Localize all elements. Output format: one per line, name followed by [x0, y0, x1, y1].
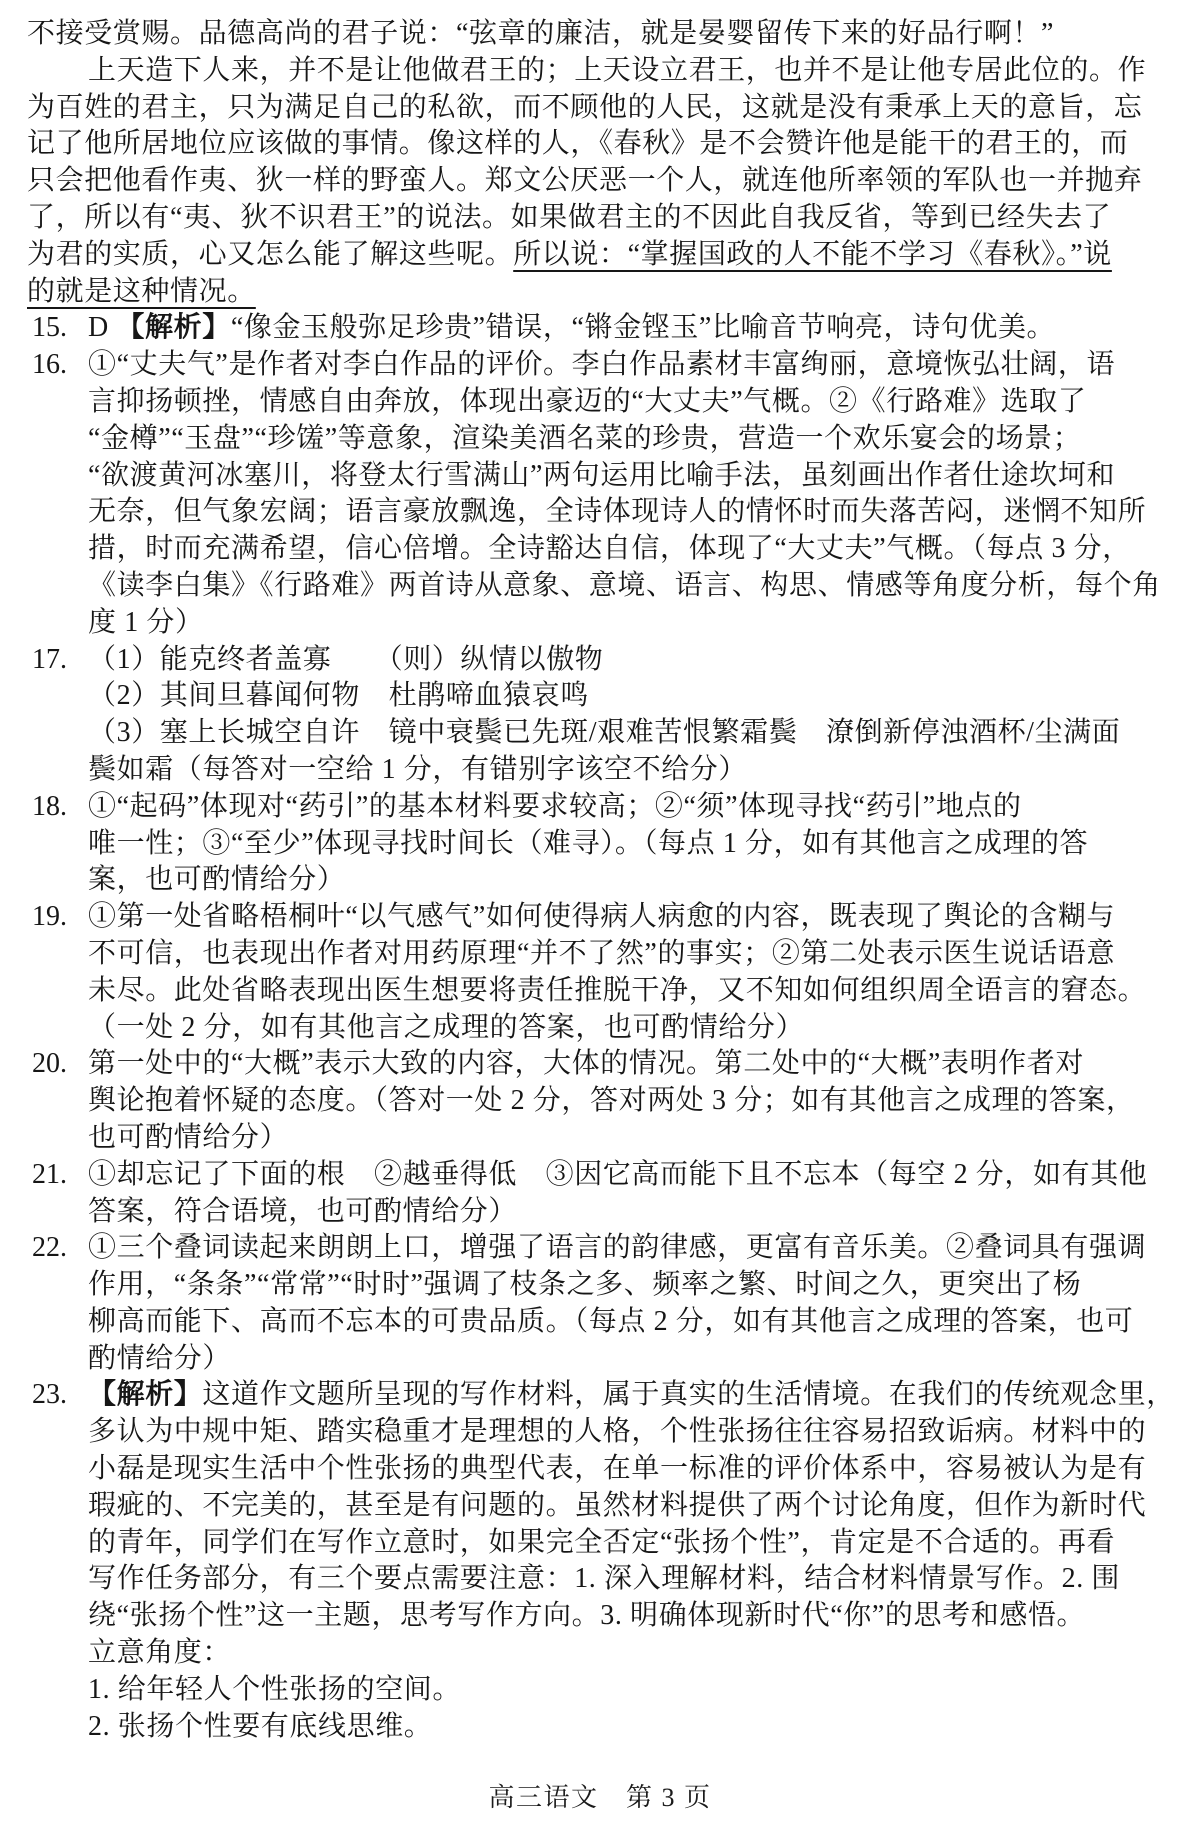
answer-line: 小磊是现实生活中个性张扬的典型代表，在单一标准的评价体系中，容易被认为是有: [88, 1451, 1184, 1488]
answer-line: ①三个叠词读起来朗朗上口，增强了语言的韵律感，更富有音乐美。②叠词具有强调: [88, 1230, 1184, 1267]
answer-item-17: 17. （1）能克终者盖寡 （则）纵情以傲物 （2）其间旦暮闻何物 杜鹃啼血猿哀…: [27, 642, 1184, 789]
answer-item-22: 22. ①三个叠词读起来朗朗上口，增强了语言的韵律感，更富有音乐美。②叠词具有强…: [27, 1230, 1184, 1377]
answer-line: 措，时而充满希望，信心倍增。全诗豁达自信，体现了“大丈夫”气概。（每点 3 分，: [88, 531, 1184, 568]
page-content: 不接受赏赐。品德高尚的君子说：“弦章的廉洁，就是晏婴留传下来的好品行啊！” 上天…: [0, 0, 1200, 1745]
item-number: 23.: [32, 1377, 67, 1414]
answer-line: 作用，“条条”“常常”“时时”强调了枝条之多、频率之繁、时间之久，更突出了杨: [88, 1267, 1184, 1304]
answer-line: ①却忘记了下面的根 ②越垂得低 ③因它高而能下且不忘本（每空 2 分，如有其他: [88, 1157, 1184, 1194]
answer-item-16: 16. ①“丈夫气”是作者对李白作品的评价。李白作品素材丰富绚丽，意境恢弘壮阔，…: [27, 347, 1184, 641]
paragraph-line: 记了他所居地位应该做的事情。像这样的人，《春秋》是不会赞许他是能干的君王的，而: [27, 126, 1184, 163]
paragraph-line: 了，所以有“夷、狄不识君王”的说法。如果做君主的不因此自我反省，等到已经失去了: [27, 200, 1184, 237]
answer-line: 第一处中的“大概”表示大致的内容，大体的情况。第二处中的“大概”表明作者对: [88, 1046, 1184, 1083]
item-number: 15.: [32, 310, 67, 347]
essay-angle-item: 1. 给年轻人个性张扬的空间。: [88, 1672, 1184, 1709]
page-footer: 高三语文 第 3 页: [0, 1780, 1200, 1817]
item-number: 21.: [32, 1157, 67, 1194]
answer-line: “欲渡黄河冰塞川，将登太行雪满山”两句运用比喻手法，虽刻画出作者仕途坎坷和: [88, 458, 1184, 495]
item-number: 19.: [32, 899, 67, 936]
answer-line: （一处 2 分，如有其他言之成理的答案，也可酌情给分）: [88, 1010, 1184, 1047]
answer-line: ①“起码”体现对“药引”的基本材料要求较高；②“须”体现寻找“药引”地点的: [88, 789, 1184, 826]
item-number: 22.: [32, 1230, 67, 1267]
paragraph-line: 为君的实质，心又怎么能了解这些呢。所以说：“掌握国政的人不能不学习《春秋》。”说: [27, 237, 1184, 274]
analysis-marker: 【解析】: [116, 312, 230, 343]
item-number: 18.: [32, 789, 67, 826]
item-number: 16.: [32, 347, 67, 384]
item-number: 17.: [32, 642, 67, 679]
paragraph-line: 的就是这种情况。: [27, 274, 1184, 311]
answer-item-18: 18. ①“起码”体现对“药引”的基本材料要求较高；②“须”体现寻找“药引”地点…: [27, 789, 1184, 899]
intro-paragraph: 上天造下人来，并不是让他做君王的；上天设立君王，也并不是让他专居此位的。作 为百…: [27, 53, 1184, 311]
paragraph-line: 上天造下人来，并不是让他做君王的；上天设立君王，也并不是让他专居此位的。作: [27, 53, 1184, 90]
answer-line: 舆论抱着怀疑的态度。（答对一处 2 分，答对两处 3 分；如有其他言之成理的答案…: [88, 1083, 1184, 1120]
answer-line: 柳高而能下、高而不忘本的可贵品质。（每点 2 分，如有其他言之成理的答案，也可: [88, 1304, 1184, 1341]
answer-line: 【解析】这道作文题所呈现的写作材料，属于真实的生活情境。在我们的传统观念里，: [88, 1377, 1184, 1414]
answer-item-23: 23. 【解析】这道作文题所呈现的写作材料，属于真实的生活情境。在我们的传统观念…: [27, 1377, 1184, 1745]
essay-angle-heading: 立意角度：: [88, 1635, 1184, 1672]
essay-angle-item: 2. 张扬个性要有底线思维。: [88, 1709, 1184, 1746]
intro-continuation-line: 不接受赏赐。品德高尚的君子说：“弦章的廉洁，就是晏婴留传下来的好品行啊！”: [27, 16, 1184, 53]
answer-line: ①“丈夫气”是作者对李白作品的评价。李白作品素材丰富绚丽，意境恢弘壮阔，语: [88, 347, 1184, 384]
answer-sheet-page: 不接受赏赐。品德高尚的君子说：“弦章的廉洁，就是晏婴留传下来的好品行啊！” 上天…: [0, 0, 1200, 1837]
answer-text: 这道作文题所呈现的写作材料，属于真实的生活情境。在我们的传统观念里，: [202, 1379, 1174, 1410]
answer-item-15: 15. D 【解析】“像金玉般弥足珍贵”错误，“锵金铿玉”比喻音节响亮，诗句优美…: [27, 310, 1184, 347]
answer-item-20: 20. 第一处中的“大概”表示大致的内容，大体的情况。第二处中的“大概”表明作者…: [27, 1046, 1184, 1156]
answer-line: （2）其间旦暮闻何物 杜鹃啼血猿哀鸣: [88, 678, 1184, 715]
paragraph-line: 为百姓的君主，只为满足自己的私欲，而不顾他的人民，这就是没有秉承上天的意旨，忘: [27, 90, 1184, 127]
answer-line: （3）塞上长城空自许 镜中衰鬓已先斑/艰难苦恨繁霜鬓 潦倒新停浊酒杯/尘满面: [88, 715, 1184, 752]
answer-line: 未尽。此处省略表现出医生想要将责任推脱干净，又不知如何组织周全语言的窘态。: [88, 973, 1184, 1010]
answer-line: 瑕疵的、不完美的，甚至是有问题的。虽然材料提供了两个讨论角度，但作为新时代: [88, 1488, 1184, 1525]
answer-line: 多认为中规中矩、踏实稳重才是理想的人格，个性张扬往往容易招致诟病。材料中的: [88, 1414, 1184, 1451]
answer-text: “像金玉般弥足珍贵”错误，“锵金铿玉”比喻音节响亮，诗句优美。: [231, 312, 1055, 343]
answer-line: 鬓如霜（每答对一空给 1 分，有错别字该空不给分）: [88, 752, 1184, 789]
underlined-conclusion: 所以说：“掌握国政的人不能不学习《春秋》。”说: [513, 239, 1112, 270]
answer-line: ①第一处省略梧桐叶“以气感气”如何使得病人病愈的内容，既表现了舆论的含糊与: [88, 899, 1184, 936]
answer-line: 也可酌情给分）: [88, 1120, 1184, 1157]
answer-line: 写作任务部分，有三个要点需要注意：1. 深入理解材料，结合材料情景写作。2. 围: [88, 1561, 1184, 1598]
answer-line: 唯一性；③“至少”体现寻找时间长（难寻）。（每点 1 分，如有其他言之成理的答: [88, 826, 1184, 863]
answer-line: 答案，符合语境，也可酌情给分）: [88, 1194, 1184, 1231]
answer-line: 案，也可酌情给分）: [88, 862, 1184, 899]
underlined-conclusion: 的就是这种情况。: [27, 276, 256, 307]
answer-line: 度 1 分）: [88, 605, 1184, 642]
answer-line: 的青年，同学们在写作立意时，如果完全否定“张扬个性”，肯定是不合适的。再看: [88, 1525, 1184, 1562]
paragraph-line: 只会把他看作夷、狄一样的野蛮人。郑文公厌恶一个人，就连他所率领的军队也一并抛弃: [27, 163, 1184, 200]
item-number: 20.: [32, 1046, 67, 1083]
answer-item-21: 21. ①却忘记了下面的根 ②越垂得低 ③因它高而能下且不忘本（每空 2 分，如…: [27, 1157, 1184, 1231]
analysis-marker: 【解析】: [88, 1379, 202, 1410]
answer-line: 《读李白集》《行路难》两首诗从意象、意境、语言、构思、情感等角度分析，每个角: [88, 568, 1184, 605]
answer-line: 不可信，也表现出作者对用药原理“并不了然”的事实；②第二处表示医生说话语意: [88, 936, 1184, 973]
plain-text: 为君的实质，心又怎么能了解这些呢。: [27, 239, 513, 270]
answer-line: 言抑扬顿挫，情感自由奔放，体现出豪迈的“大丈夫”气概。②《行路难》选取了: [88, 384, 1184, 421]
answer-line: 酌情给分）: [88, 1341, 1184, 1378]
answer-item-19: 19. ①第一处省略梧桐叶“以气感气”如何使得病人病愈的内容，既表现了舆论的含糊…: [27, 899, 1184, 1046]
answer-line: （1）能克终者盖寡 （则）纵情以傲物: [88, 642, 1184, 679]
answer-line: 无奈，但气象宏阔；语言豪放飘逸，全诗体现诗人的情怀时而失落苦闷，迷惘不知所: [88, 494, 1184, 531]
answer-line: “金樽”“玉盘”“珍馐”等意象，渲染美酒名菜的珍贵，营造一个欢乐宴会的场景；: [88, 421, 1184, 458]
answer-line: 绕“张扬个性”这一主题，思考写作方向。3. 明确体现新时代“你”的思考和感悟。: [88, 1598, 1184, 1635]
answer-line: D 【解析】“像金玉般弥足珍贵”错误，“锵金铿玉”比喻音节响亮，诗句优美。: [88, 310, 1184, 347]
answer-letter: D: [88, 312, 116, 343]
